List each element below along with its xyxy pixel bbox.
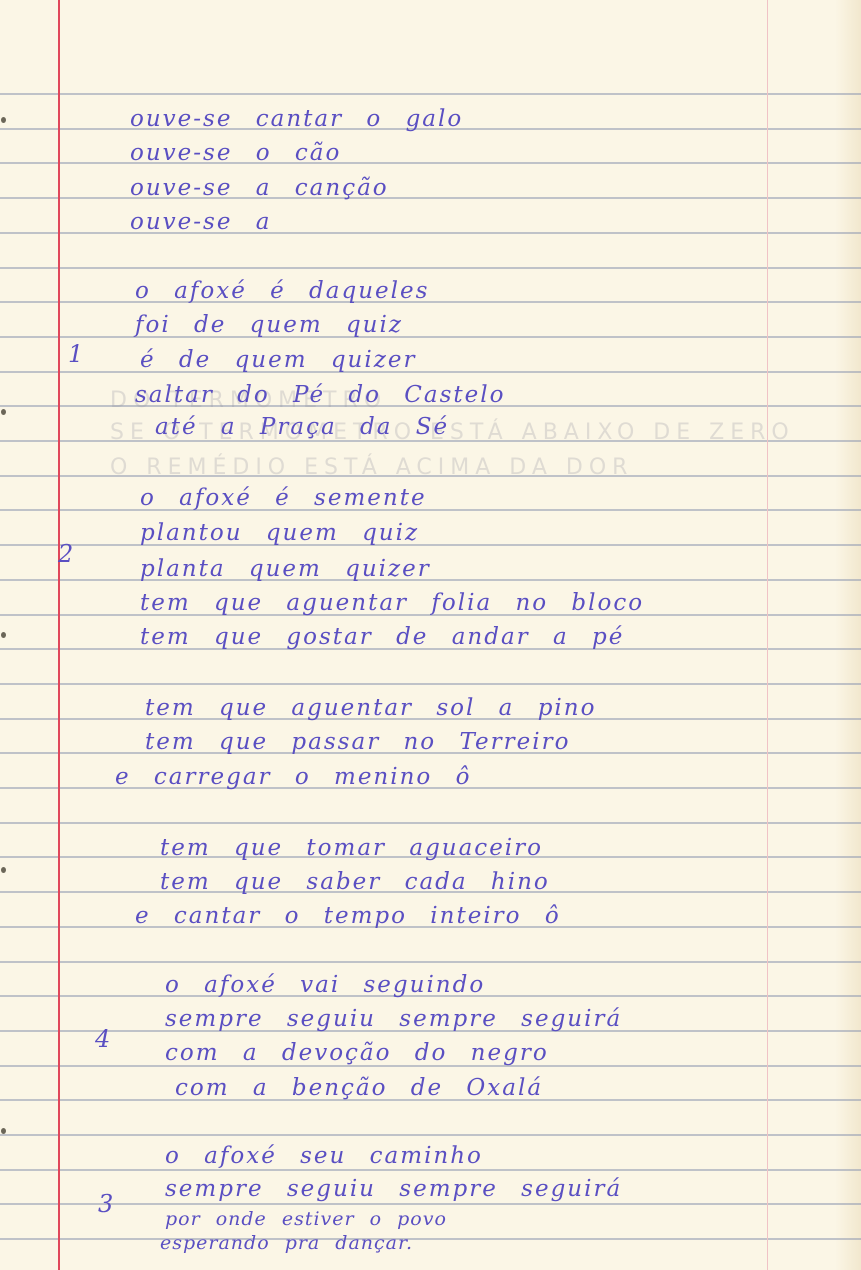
rule-line	[0, 822, 861, 824]
rule-line	[0, 683, 861, 685]
lyric-line: por onde estiver o povo	[165, 1208, 447, 1230]
lyric-line: tem que tomar aguaceiro	[160, 835, 543, 861]
binder-hole	[1, 409, 6, 415]
lyric-line: e carregar o menino ô	[115, 764, 471, 790]
margin-number: 3	[98, 1190, 113, 1218]
lyric-line: e cantar o tempo inteiro ô	[135, 903, 561, 929]
lyric-line: ouve-se a canção	[130, 175, 389, 201]
lyric-line: sempre seguiu sempre seguirá	[165, 1176, 622, 1202]
lyric-line: com a benção de Oxalá	[175, 1075, 543, 1101]
lyric-line: ouve-se o cão	[130, 140, 341, 166]
show-through-text: O REMÉDIO ESTÁ ACIMA DA DOR	[110, 455, 633, 480]
lyric-line: o afoxé vai seguindo	[165, 972, 485, 998]
lyric-line: com a devoção do negro	[165, 1040, 549, 1066]
lyric-line: o afoxé é semente	[140, 485, 427, 511]
margin-number: 4	[95, 1025, 110, 1053]
lyric-line: o afoxé seu caminho	[165, 1143, 483, 1169]
lyric-line: ouve-se a	[130, 209, 271, 235]
right-margin-line	[767, 0, 768, 1270]
left-margin-line	[58, 0, 60, 1270]
binder-hole	[1, 1128, 6, 1134]
lyric-line: foi de quem quiz	[135, 312, 403, 338]
lyric-line: sempre seguiu sempre seguirá	[165, 1006, 622, 1032]
binder-hole	[1, 867, 6, 873]
rule-line	[0, 961, 861, 963]
lyric-line: é de quem quizer	[140, 347, 416, 373]
binder-hole	[1, 632, 6, 638]
lyric-line: tem que gostar de andar a pé	[140, 624, 624, 650]
rule-line	[0, 1169, 861, 1171]
margin-number: 2	[58, 540, 73, 568]
lyric-line: até a Praça da Sé	[155, 414, 449, 440]
lyric-line: esperando pra dançar.	[160, 1232, 413, 1254]
rule-line	[0, 336, 861, 338]
binder-hole	[1, 117, 6, 123]
rule-line	[0, 1134, 861, 1136]
margin-number: 1	[68, 340, 83, 368]
lyric-line: ouve-se cantar o galo	[130, 106, 463, 132]
rule-line	[0, 301, 861, 303]
rule-line	[0, 509, 861, 511]
rule-line	[0, 1203, 861, 1205]
lyric-line: tem que aguentar sol a pino	[145, 695, 596, 721]
lyric-line: tem que saber cada hino	[160, 869, 550, 895]
rule-line	[0, 544, 861, 546]
rule-line	[0, 93, 861, 95]
rule-line	[0, 371, 861, 373]
rule-line	[0, 267, 861, 269]
lyric-line: planta quem quizer	[140, 556, 431, 582]
lyric-line: o afoxé é daqueles	[135, 278, 429, 304]
lyric-line: saltar do Pé do Castelo	[135, 382, 505, 408]
notebook-page: DO TERMOMETRO SE O TERMOMETRO ESTÁ ABAIX…	[0, 0, 861, 1270]
lyric-line: tem que passar no Terreiro	[145, 729, 570, 755]
lyric-line: plantou quem quiz	[140, 520, 419, 546]
lyric-line: tem que aguentar folia no bloco	[140, 590, 644, 616]
rule-line	[0, 1238, 861, 1240]
